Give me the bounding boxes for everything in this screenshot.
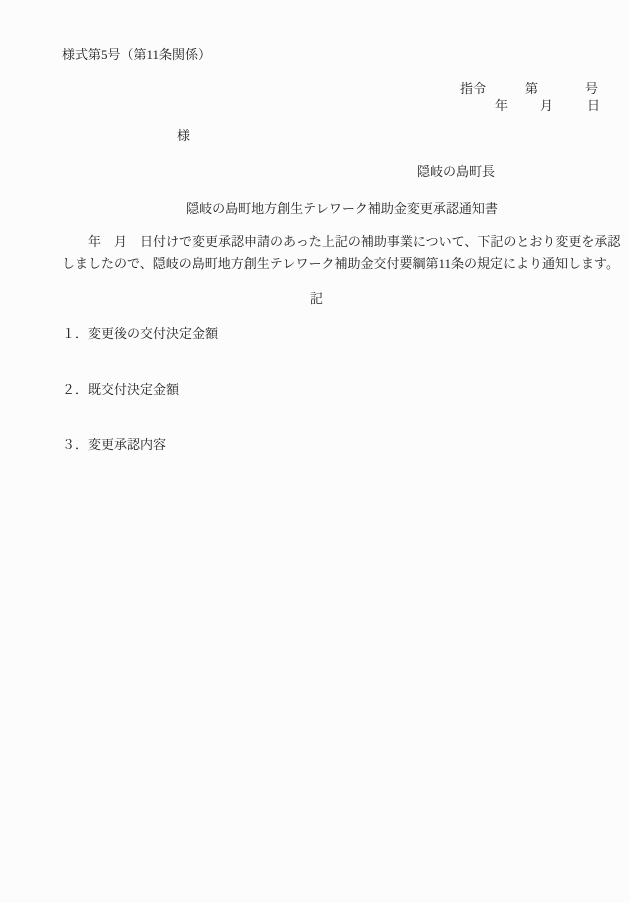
form-number: 様式第5号（第11条関係） — [62, 46, 211, 63]
body-line-2: しましたので、隠岐の島町地方創生テレワーク補助金交付要綱第11条の規定により通知… — [62, 255, 624, 272]
document-title: 隠岐の島町地方創生テレワーク補助金変更承認通知書 — [62, 200, 622, 217]
document-page: 様式第5号（第11条関係） 指令 第 号 年 月 日 様 隠岐の島町長 隠岐の島… — [0, 0, 630, 903]
date-year-label: 年 — [495, 97, 508, 114]
directive-label: 指令 — [460, 80, 486, 97]
date-day-label: 日 — [587, 97, 600, 114]
record-marker: 記 — [310, 290, 323, 307]
addressee-honorific: 様 — [177, 127, 190, 144]
list-item-2: ２．既交付決定金額 — [62, 381, 179, 398]
list-item-3: ３．変更承認内容 — [62, 436, 166, 453]
issuer-name: 隠岐の島町長 — [417, 163, 495, 180]
directive-number-prefix: 第 — [525, 80, 538, 97]
list-item-1: １．変更後の交付決定金額 — [62, 325, 218, 342]
date-month-label: 月 — [540, 97, 553, 114]
directive-number-suffix: 号 — [585, 80, 598, 97]
body-line-1: 年 月 日付けで変更承認申請のあった上記の補助事業について、下記のとおり変更を承… — [62, 233, 624, 250]
